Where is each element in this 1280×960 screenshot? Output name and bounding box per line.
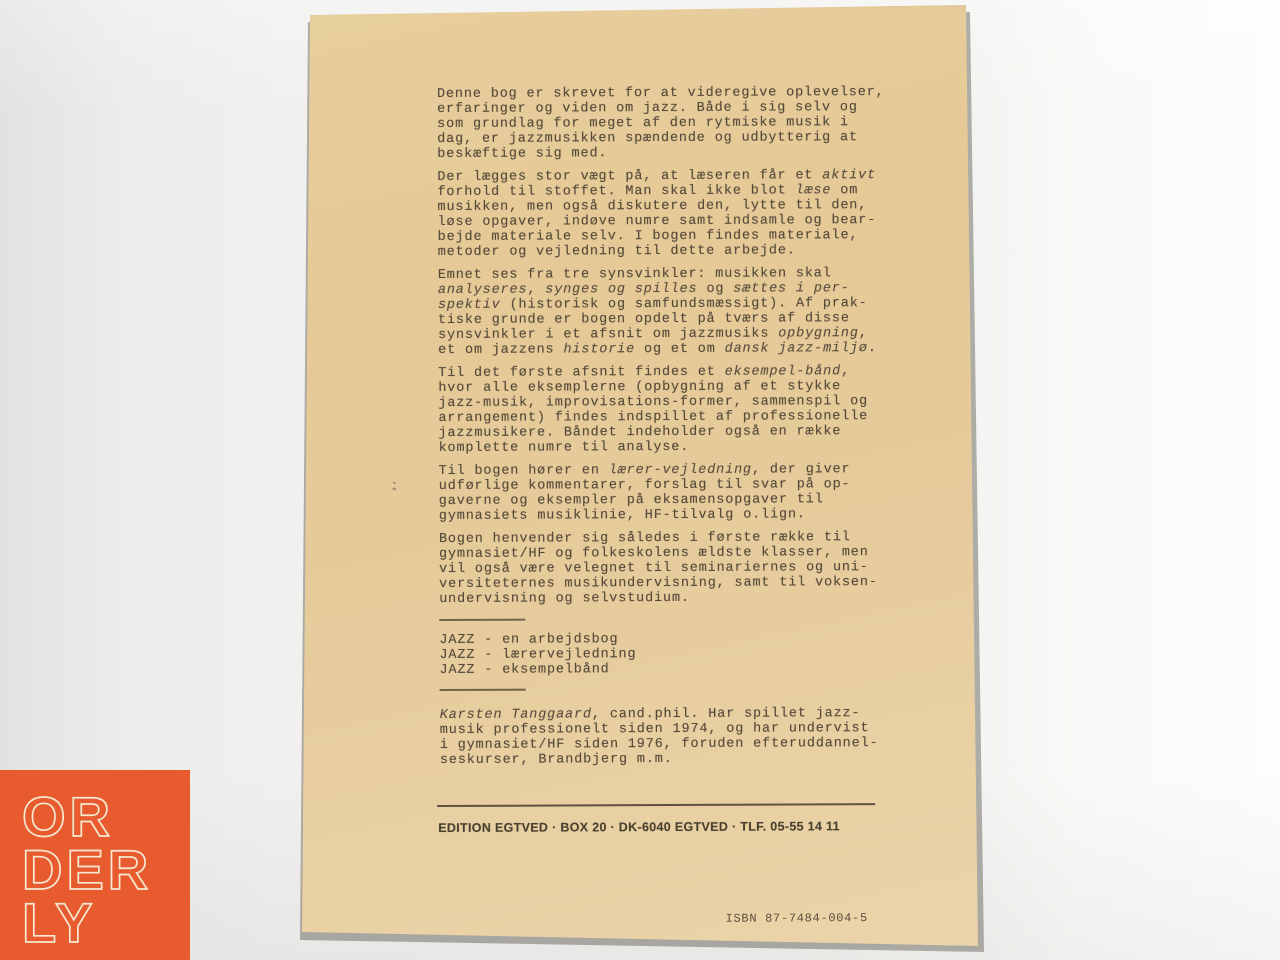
publisher-imprint-line: EDITION EGTVED · BOX 20 · DK-6040 EGTVED… xyxy=(438,819,910,835)
author-bio: Karsten Tanggaard, cand.phil. Har spille… xyxy=(440,706,910,768)
text-line: jazzmusikere. Båndet indeholder også en … xyxy=(438,424,908,441)
jazz-series-item: JAZZ - eksempelbånd xyxy=(440,661,910,678)
paper-smudge-mark xyxy=(390,481,398,493)
description-paragraphs: Denne bog er skrevet for at videregive o… xyxy=(437,85,909,607)
divider-line-bottom xyxy=(440,689,526,691)
divider-line-top xyxy=(439,619,525,621)
cover-paragraph: Bogen henvender sig således i første ræk… xyxy=(439,530,909,607)
cover-paragraph: Denne bog er skrevet for at videregive o… xyxy=(437,85,907,162)
isbn-number: ISBN 87-7484-004-5 xyxy=(726,911,868,926)
text-line: gymnasiets musiklinie, HF-tilvalg o.lign… xyxy=(439,507,909,524)
text-line: bejde materiale selv. I bogen findes mat… xyxy=(438,228,908,245)
text-line: versiteternes musikundervisning, samt ti… xyxy=(439,575,909,592)
cover-paragraph: Emnet ses fra tre synsvinkler: musikken … xyxy=(438,266,908,358)
logo-line-3: LY xyxy=(22,891,96,954)
text-line: i gymnasiet/HF siden 1976, foruden efter… xyxy=(440,736,910,753)
cover-paragraph: Der lægges stor vægt på, at læseren får … xyxy=(437,168,907,260)
cover-text-area: Denne bog er skrevet for at videregive o… xyxy=(0,0,1280,960)
cover-paragraph: Til det første afsnit findes et eksempel… xyxy=(438,364,908,456)
text-line: udførlige kommentarer, forslag til svar … xyxy=(439,477,909,494)
text-line: et om jazzens historie og et om dansk ja… xyxy=(438,341,908,358)
text-line: dag, er jazzmusikken spændende og udbytt… xyxy=(437,130,907,147)
publisher-divider-line xyxy=(437,803,875,807)
text-line: beskæftige sig med. xyxy=(437,145,907,162)
text-line: undervisning og selvstudium. xyxy=(439,590,909,607)
jazz-series-list: JAZZ - en arbejdsbog JAZZ - lærervejledn… xyxy=(439,631,909,678)
cover-paragraph: Til bogen hører en lærer-vejledning, der… xyxy=(439,462,909,524)
text-line: komplette numre til analyse. xyxy=(439,439,909,456)
text-line: seskurser, Brandbjerg m.m. xyxy=(440,751,910,768)
text-line: metoder og vejledning til dette arbejde. xyxy=(438,243,908,260)
book-back-cover: Denne bog er skrevet for at videregive o… xyxy=(0,0,1280,960)
orderly-logo-icon: OR DER LY xyxy=(0,770,190,960)
watermark-logo: OR DER LY xyxy=(0,770,190,960)
cover-text-block: Denne bog er skrevet for at videregive o… xyxy=(437,85,910,835)
